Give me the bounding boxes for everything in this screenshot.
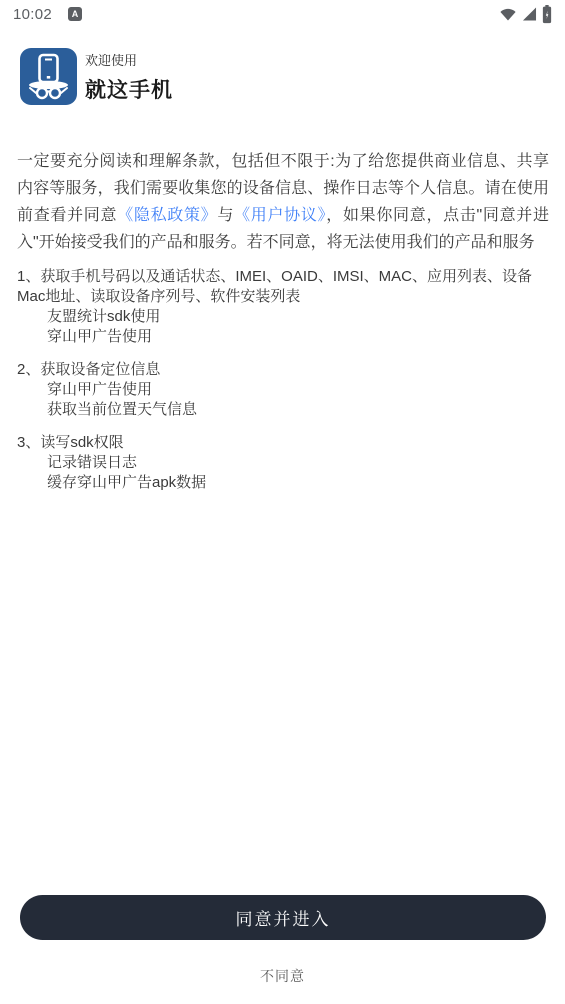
intro-text-middle: 与 xyxy=(217,207,234,224)
app-logo-icon xyxy=(20,48,77,105)
permission-group-storage: 3、读写sdk权限 记录错误日志 缓存穿山甲广告apk数据 xyxy=(17,433,549,493)
permission-title: 3、读写sdk权限 xyxy=(17,433,549,453)
cellular-signal-icon xyxy=(517,6,538,22)
status-bar-right xyxy=(495,5,552,24)
welcome-label: 欢迎使用 xyxy=(85,50,173,69)
clock: 10:02 xyxy=(13,6,52,23)
permission-title: 2、获取设备定位信息 xyxy=(17,360,549,380)
permission-group-phone-state: 1、获取手机号码以及通话状态、IMEI、OAID、IMSI、MAC、应用列表、设… xyxy=(17,267,549,347)
status-bar: 10:02 A xyxy=(0,0,565,28)
user-agreement-link[interactable]: 《用户协议》 xyxy=(234,207,326,224)
app-screen: 10:02 A xyxy=(0,0,565,1004)
permission-title: 1、获取手机号码以及通话状态、IMEI、OAID、IMSI、MAC、应用列表、设… xyxy=(17,267,549,307)
battery-charging-icon xyxy=(538,5,552,24)
permission-group-location: 2、获取设备定位信息 穿山甲广告使用 获取当前位置天气信息 xyxy=(17,360,549,420)
permission-detail: 友盟统计sdk使用 xyxy=(17,307,549,327)
wifi-icon xyxy=(495,6,517,22)
privacy-policy-link[interactable]: 《隐私政策》 xyxy=(117,207,217,224)
permission-detail: 获取当前位置天气信息 xyxy=(17,400,549,420)
consent-intro-paragraph: 一定要充分阅读和理解条款，包括但不限于:为了给您提供商业信息、共享内容等服务，我… xyxy=(17,148,549,256)
disagree-button[interactable]: 不同意 xyxy=(0,966,565,986)
consent-content: 一定要充分阅读和理解条款，包括但不限于:为了给您提供商业信息、共享内容等服务，我… xyxy=(17,148,549,506)
app-name: 就这手机 xyxy=(85,74,173,104)
permission-detail: 穿山甲广告使用 xyxy=(17,327,549,347)
agree-enter-button[interactable]: 同意并进入 xyxy=(20,895,546,940)
header: 欢迎使用 就这手机 xyxy=(20,48,545,105)
notification-app-icon: A xyxy=(68,7,82,21)
status-bar-left: 10:02 A xyxy=(13,6,82,23)
permission-detail: 记录错误日志 xyxy=(17,453,549,473)
permission-detail: 缓存穿山甲广告apk数据 xyxy=(17,473,549,493)
permission-list: 1、获取手机号码以及通话状态、IMEI、OAID、IMSI、MAC、应用列表、设… xyxy=(17,267,549,493)
permission-detail: 穿山甲广告使用 xyxy=(17,380,549,400)
header-text: 欢迎使用 就这手机 xyxy=(85,50,173,104)
